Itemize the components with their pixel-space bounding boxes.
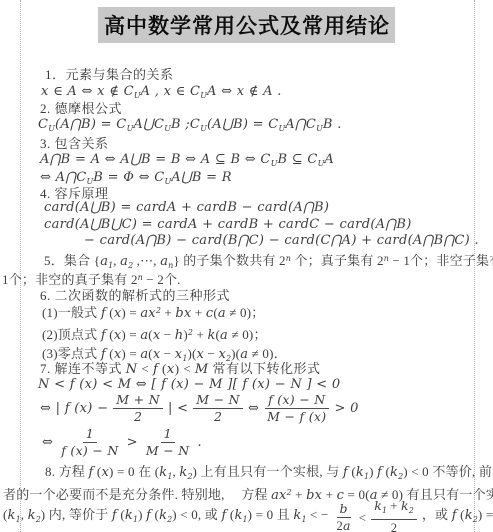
fraction-denominator: 2 — [131, 409, 145, 424]
formula-segment: > — [127, 435, 138, 450]
section-1-heading: 1．元素与集合的关系 — [45, 67, 174, 82]
fraction-denominator: f (x) − N — [58, 443, 121, 458]
fraction: M − N 2 — [193, 393, 243, 424]
section-8-text-line-2: 者的一个必要而不是充分条件. 特别地, 方程 ax2 + bx + c = 0(… — [3, 485, 493, 503]
section-5-text-line-2: 1个；非空的真子集有 2n − 2个. — [2, 270, 181, 287]
document-title: 高中数学常用公式及常用结论 — [98, 7, 395, 43]
section-6-formula-1: (1)一般式 f (x) = ax2 + bx + c(a ≠ 0)； — [42, 303, 264, 321]
formula-segment: ⇔ — [42, 435, 53, 450]
fraction: b 2a — [334, 502, 354, 532]
formula-segment: (k1, k2) 内, 等价于 f (k1) f (k2) < 0, 或 f (… — [3, 507, 329, 527]
fraction: 1 M − N — [143, 427, 193, 458]
section-3-heading: 3. 包含关系 — [40, 136, 109, 151]
fraction-denominator: 2 — [211, 409, 225, 424]
fraction-numerator: M − N — [193, 393, 243, 409]
fraction-numerator: k1 + k2 — [371, 499, 417, 520]
fraction-denominator: 2a — [334, 518, 354, 532]
fraction-denominator: 2 — [388, 520, 400, 532]
fraction: k1 + k2 2 — [371, 499, 417, 532]
section-8-text-line-1: 8. 方程 f (x) = 0 在 (k1, k2) 上有且只有一个实根, 与 … — [45, 464, 493, 484]
formula-segment: < — [359, 510, 367, 525]
formula-segment: ⇔ — [248, 401, 259, 416]
formula-segment: . — [198, 435, 202, 450]
section-2-formula: CU(A⋂B) = CUA⋃CUB ;CU(A⋃B) = CUA⋂CUB . — [38, 117, 342, 136]
fraction: f (x) − N M − f (x) — [264, 393, 329, 424]
section-7-heading: 7. 解连不等式 N < f (x) < M 常有以下转化形式 — [40, 361, 320, 377]
section-4-formula-3: − card(A⋂B) − card(B⋂C) − card(C⋂A) + ca… — [84, 233, 479, 248]
section-6-heading: 6. 二次函数的解析式的三种形式 — [40, 288, 230, 303]
fraction-numerator: 1 — [161, 427, 175, 443]
formula-segment: > 0 — [334, 401, 358, 416]
fraction-numerator: b — [337, 502, 351, 518]
text-boundary-left — [20, 0, 21, 532]
fraction-denominator: M − f (x) — [264, 409, 329, 424]
section-7-formula-1: N < f (x) < M ⇔ [ f (x) − M ][ f (x) − N… — [38, 377, 340, 392]
section-4-formula-2: card(A⋃B⋃C) = cardA + cardB + cardC − ca… — [44, 217, 412, 232]
formula-segment: ⇔ | f (x) − — [40, 401, 108, 416]
fraction-denominator: M − N — [143, 443, 193, 458]
fraction: 1 f (x) − N — [58, 427, 121, 458]
section-7-formula-3: ⇔ 1 f (x) − N > 1 M − N . — [42, 426, 207, 458]
section-4-heading: 4. 容斥原理 — [40, 186, 109, 201]
fraction-numerator: f (x) − N — [265, 393, 328, 409]
section-3-formula-1: A⋂B = A ⇔ A⋃B = B ⇔ A ⊆ B ⇔ CUB ⊆ CUA — [40, 152, 334, 171]
formula-segment: | < — [168, 401, 188, 416]
fraction: M + N 2 — [113, 393, 163, 424]
fraction-numerator: M + N — [113, 393, 163, 409]
section-8-text-line-3: (k1, k2) 内, 等价于 f (k1) f (k2) < 0, 或 f (… — [3, 502, 493, 532]
section-6-formula-2: (2)顶点式 f (x) = a(x − h)2 + k(a ≠ 0)； — [42, 325, 267, 343]
section-4-formula-1: card(A⋃B) = cardA + cardB − card(A⋂B) — [44, 200, 329, 215]
section-2-heading: 2. 德摩根公式 — [40, 101, 122, 116]
fraction-numerator: 1 — [83, 427, 97, 443]
formula-segment: ，或 f (k2) = 0 且 — [422, 507, 493, 527]
document-title-row: 高中数学常用公式及常用结论 — [0, 7, 493, 43]
document-page: 高中数学常用公式及常用结论 1．元素与集合的关系 x ∈ A ⇔ x ∉ CUA… — [0, 0, 493, 532]
section-7-formula-2: ⇔ | f (x) − M + N 2 | < M − N 2 ⇔ f (x) … — [40, 392, 364, 424]
